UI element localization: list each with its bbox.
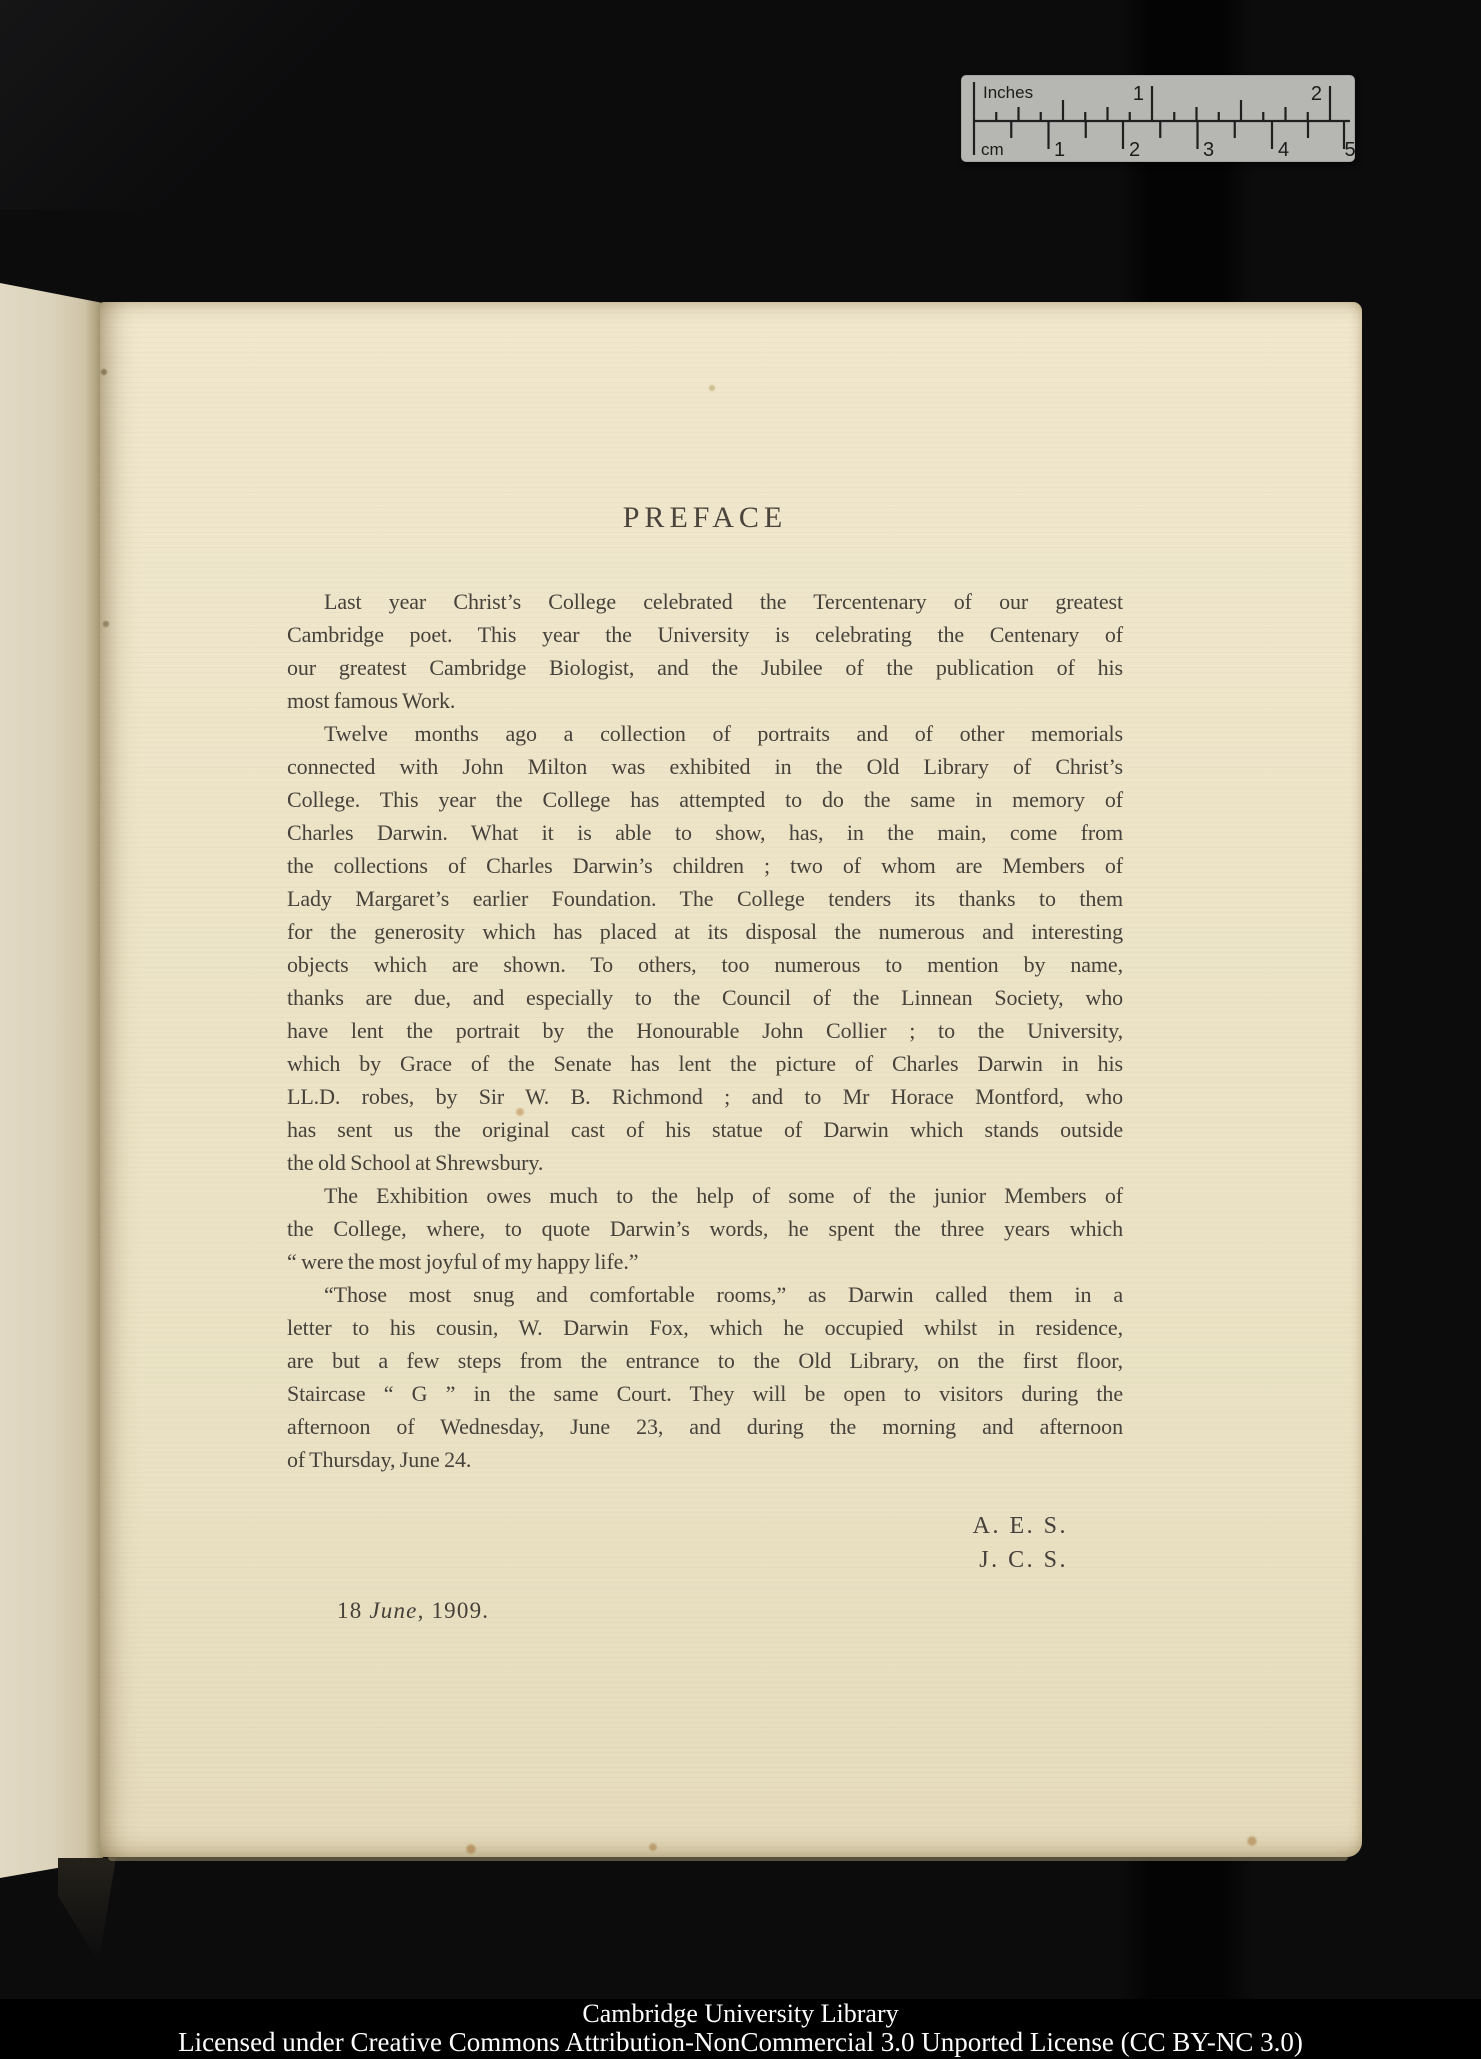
ruler-cm-number: 5 (1345, 139, 1356, 161)
ruler-inch-number: 1 (1133, 83, 1144, 105)
attribution-footer: Cambridge University Library Licensed un… (0, 1999, 1481, 2059)
book-fore-edge-shadow (58, 1858, 116, 1976)
book-left-page-stack (0, 280, 103, 1880)
text-line: Charles Darwin. What it is able to show,… (287, 816, 1123, 849)
measurement-ruler: Inches 1 2 cm 1 2 3 4 5 (961, 75, 1355, 162)
date-month: June (369, 1598, 417, 1623)
text-line: for the generosity which has placed at i… (287, 915, 1123, 948)
ruler-cm-number: 1 (1054, 139, 1065, 161)
text-line: has sent us the original cast of his sta… (287, 1113, 1123, 1146)
text-line: Staircase “ G ” in the same Court. They … (287, 1377, 1123, 1410)
text-line: Twelve months ago a collection of portra… (287, 717, 1123, 750)
date-day: 18 (337, 1598, 369, 1623)
text-line: connected with John Milton was exhibited… (287, 750, 1123, 783)
ruler-cm-number: 4 (1278, 139, 1289, 161)
date-year: , 1909. (418, 1598, 490, 1623)
text-line: The Exhibition owes much to the help of … (287, 1179, 1123, 1212)
text-line: Last year Christ’s College celebrated th… (287, 585, 1123, 618)
text-block: Last year Christ’s College celebrated th… (287, 585, 1123, 1476)
text-line: which by Grace of the Senate has lent th… (287, 1047, 1123, 1080)
ruler-graphic: Inches 1 2 cm 1 2 3 4 5 (961, 75, 1355, 162)
text-line: the collections of Charles Darwin’s chil… (287, 849, 1123, 882)
page-title: PREFACE (287, 501, 1123, 535)
text-line: our greatest Cambridge Biologist, and th… (287, 651, 1123, 684)
license-text: Licensed under Creative Commons Attribut… (178, 2028, 1303, 2057)
signature-line: J. C. S. (287, 1543, 1068, 1577)
scanned-book-photograph: PREFACE Last year Christ’s College celeb… (0, 0, 1481, 2059)
text-line: Lady Margaret’s earlier Foundation. The … (287, 882, 1123, 915)
ruler-cm-number: 3 (1203, 139, 1214, 161)
text-line: Cambridge poet. This year the University… (287, 618, 1123, 651)
text-line: “Those most snug and comfortable rooms,”… (287, 1278, 1123, 1311)
text-line: thanks are due, and especially to the Co… (287, 981, 1123, 1014)
date-line: 18 June, 1909. (337, 1598, 489, 1624)
signature-line: A. E. S. (287, 1509, 1068, 1543)
signature-initials: A. E. S. J. C. S. (287, 1509, 1123, 1577)
text-line: afternoon of Wednesday, June 23, and dur… (287, 1410, 1123, 1443)
backdrop-highlight (0, 0, 420, 210)
ruler-inches-label: Inches (983, 83, 1033, 102)
text-line: of Thursday, June 24. (287, 1443, 1123, 1476)
ruler-cm-label: cm (981, 140, 1004, 159)
ruler-cm-number: 2 (1129, 139, 1140, 161)
text-line: most famous Work. (287, 684, 1123, 717)
library-name: Cambridge University Library (582, 2000, 898, 2028)
text-line: the old School at Shrewsbury. (287, 1146, 1123, 1179)
text-line: have lent the portrait by the Honourable… (287, 1014, 1123, 1047)
text-line: LL.D. robes, by Sir W. B. Richmond ; and… (287, 1080, 1123, 1113)
text-line: “ were the most joyful of my happy life.… (287, 1245, 1123, 1278)
text-line: the College, where, to quote Darwin’s wo… (287, 1212, 1123, 1245)
ruler-inch-number: 2 (1311, 83, 1322, 105)
book-page: PREFACE Last year Christ’s College celeb… (100, 302, 1362, 1857)
text-line: objects which are shown. To others, too … (287, 948, 1123, 981)
text-line: College. This year the College has attem… (287, 783, 1123, 816)
text-line: are but a few steps from the entrance to… (287, 1344, 1123, 1377)
text-line: letter to his cousin, W. Darwin Fox, whi… (287, 1311, 1123, 1344)
